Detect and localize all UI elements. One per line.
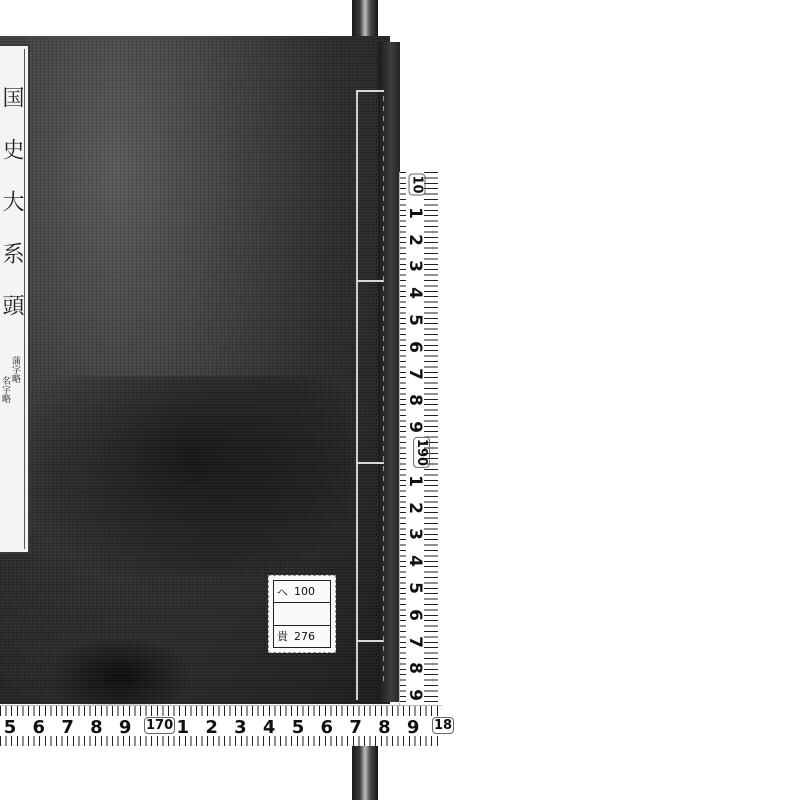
- label-row-1: ヘ 100: [274, 581, 330, 603]
- label-number-1: 100: [294, 585, 315, 598]
- ruler-ticks: [400, 172, 406, 712]
- ruler-label: 7: [405, 633, 425, 651]
- ruler-label: 6: [405, 606, 425, 624]
- ruler-label: 6: [405, 338, 425, 356]
- library-call-label: ヘ 100 貴 276: [268, 575, 336, 653]
- ruler-label: 6: [29, 717, 49, 738]
- vertical-ruler: 1012345678919012345678918: [399, 172, 438, 712]
- ruler-label: 5: [405, 311, 425, 329]
- ruler-label: 8: [405, 659, 425, 677]
- ruler-ticks: [0, 706, 442, 716]
- binding-stitch: [356, 280, 384, 282]
- book-spine: [378, 42, 400, 702]
- ruler-label: 1: [405, 204, 425, 222]
- ruler-label: 4: [259, 717, 279, 738]
- ruler-label: 2: [405, 499, 425, 517]
- ruler-label: 5: [405, 579, 425, 597]
- binding-thread: [356, 90, 358, 700]
- title-sub-text-left: 名字略: [0, 376, 10, 403]
- scroll-rod-bottom: [352, 745, 378, 800]
- ruler-label: 9: [403, 717, 423, 738]
- ruler-label: 3: [405, 257, 425, 275]
- title-sub-text-right: 蒲字略: [10, 356, 20, 383]
- label-mark-3: 貴: [277, 628, 288, 644]
- binding-dashed-line: [383, 96, 384, 686]
- ruler-label: 18: [432, 717, 454, 734]
- ruler-label: 8: [405, 391, 425, 409]
- ruler-label: 7: [405, 365, 425, 383]
- binding-stitch: [356, 640, 384, 642]
- ruler-label: 1: [405, 472, 425, 490]
- ruler-label: 10: [409, 173, 426, 195]
- ruler-label: 6: [317, 717, 337, 738]
- ruler-label: 7: [346, 717, 366, 738]
- ruler-label: 2: [202, 717, 222, 738]
- ruler-label: 9: [405, 686, 425, 704]
- ruler-label: 9: [405, 418, 425, 436]
- ruler-label: 1: [173, 717, 193, 738]
- label-mark-1: ヘ: [277, 584, 288, 600]
- ruler-label: 4: [405, 284, 425, 302]
- binding-stitch: [356, 90, 384, 92]
- ruler-label: 8: [374, 717, 394, 738]
- ruler-label: 4: [405, 552, 425, 570]
- horizontal-ruler: 5678917012345678918: [0, 705, 442, 746]
- title-main-text: 国史大系頭: [1, 86, 21, 346]
- binding-stitch: [356, 462, 384, 464]
- label-number-3: 276: [294, 630, 315, 643]
- ruler-label: 190: [413, 437, 430, 468]
- cover-stain: [30, 376, 350, 576]
- ruler-label: 3: [230, 717, 250, 738]
- label-row-2: [274, 603, 330, 625]
- cover-stain-lower: [50, 636, 190, 716]
- ruler-label: 5: [288, 717, 308, 738]
- ruler-label: 9: [115, 717, 135, 738]
- ruler-label: 7: [58, 717, 78, 738]
- label-row-3: 貴 276: [274, 626, 330, 647]
- ruler-label: 170: [144, 717, 175, 734]
- ruler-label: 2: [405, 231, 425, 249]
- ruler-label: 8: [86, 717, 106, 738]
- ruler-label: 3: [405, 525, 425, 543]
- ruler-label: 5: [0, 717, 20, 738]
- title-slip: 国史大系頭 蒲字略 名字略: [0, 44, 30, 554]
